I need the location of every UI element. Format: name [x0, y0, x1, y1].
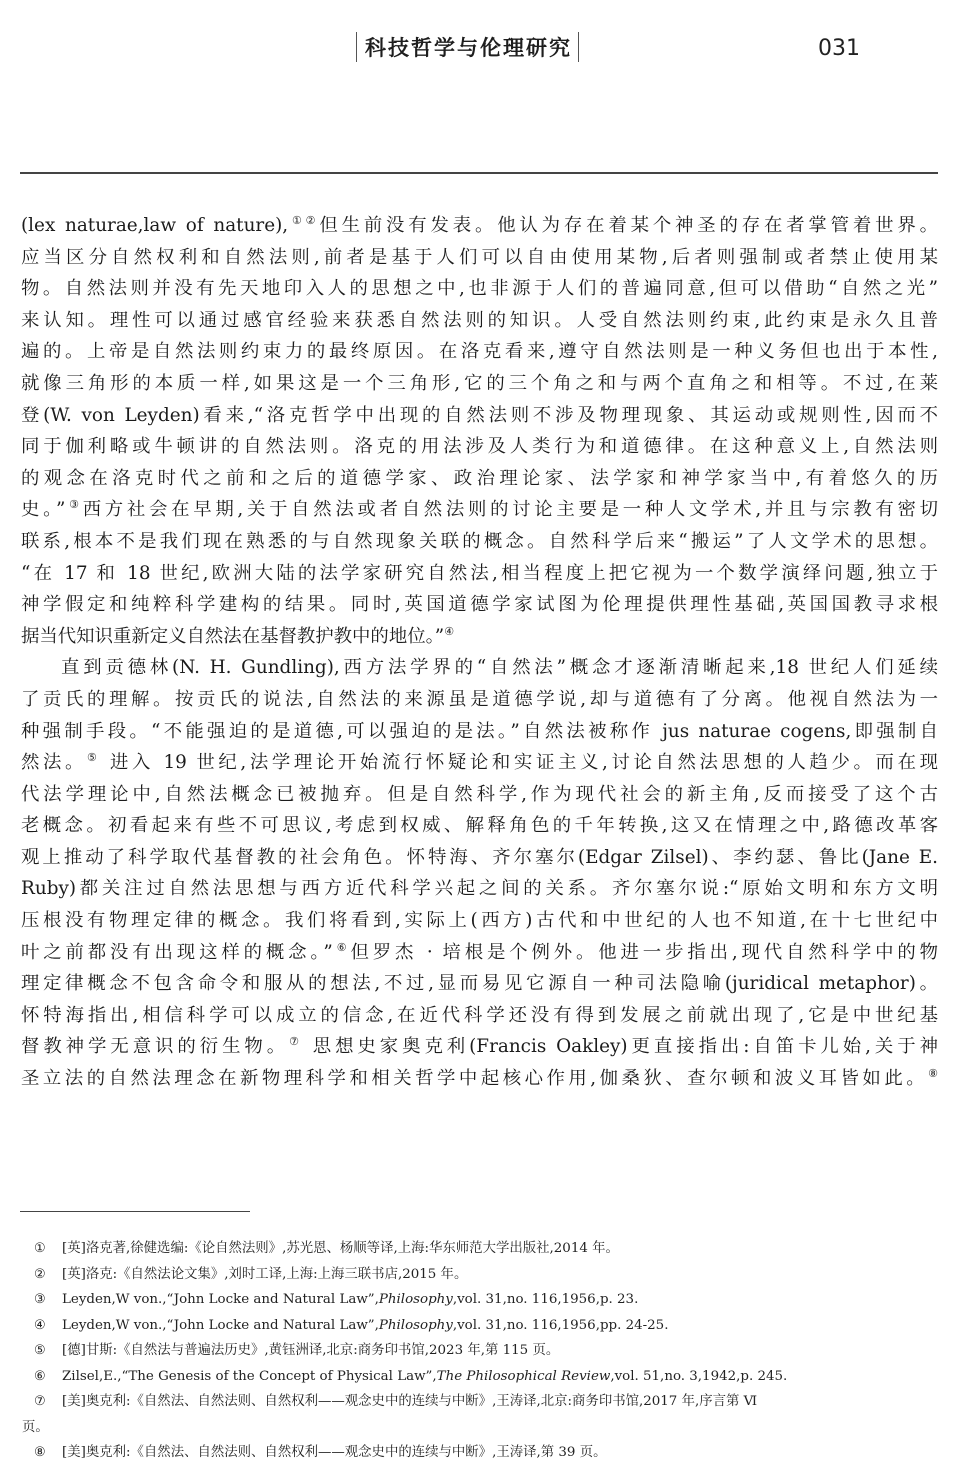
footnote-number: ⑦ [34, 1389, 62, 1415]
journal-name: Philosophy [379, 1318, 453, 1333]
text-span: 圣立法的自然法理念在新物理科学和相关哲学中起核心作用,伽桑狄、查尔顿和波义耳皆如… [21, 1068, 928, 1089]
text-line: 应当区分自然权利和自然法则,前者是基于人们可以自由使用某物,后者则强制或者禁止使… [21, 242, 938, 274]
text-line: 圣立法的自然法理念在新物理科学和相关哲学中起核心作用,伽桑狄、查尔顿和波义耳皆如… [21, 1063, 938, 1095]
text-span: 西方社会在早期,关于自然法或者自然法则的讨论主要是一种人文学术,并且与宗教有密切 [83, 499, 938, 520]
text-line: 叶之前都没有出现这样的概念。”⑥但罗杰 · 培根是个例外。他进一步指出,现代自然… [21, 937, 938, 969]
footnote-number: ② [34, 1262, 62, 1288]
text-line: 督教神学无意识的衍生物。⑦ 思想史家奥克利(Francis Oakley)更直接… [21, 1031, 938, 1063]
text-line: 直到贡德林(N. H. Gundling),西方法学界的“自然法”概念才逐渐清晰… [21, 652, 938, 684]
text-line: 来认知。理性可以通过感官经验来获悉自然法则的知识。人受自然法则约束,此约束是永久… [21, 305, 938, 337]
page-number: 031 [818, 36, 860, 61]
text-span: 然法。 [21, 752, 87, 773]
footnote-ref-6[interactable]: ⑥ [333, 941, 351, 954]
text-line: 种强制手段。“不能强迫的是道德,可以强迫的是法。”自然法被称作 jus natu… [21, 716, 938, 748]
footnote-text: [美]奥克利:《自然法、自然法则、自然权利——观念史中的连续与中断》,王涛译,北… [62, 1394, 757, 1409]
text-line: 据当代知识重新定义自然法在基督教护教中的地位。”④ [21, 621, 938, 653]
footnote-text: Leyden,W von.,“John Locke and Natural La… [62, 1292, 379, 1307]
footnote-number: ⑤ [34, 1338, 62, 1364]
journal-name: The Philosophical Review [437, 1369, 611, 1384]
footnote-separator [20, 1211, 250, 1212]
paragraph-1: (lex naturae,law of nature),①②但生前没有发表。他认… [21, 210, 938, 652]
footnote-3: ③Leyden,W von.,“John Locke and Natural L… [0, 1287, 958, 1313]
footnote-text: ,vol. 31,no. 116,1956,pp. 24-25. [453, 1318, 669, 1333]
text-line: 老概念。初看起来有些不可思议,考虑到权威、解释角色的千年转换,这又在情理之中,路… [21, 810, 938, 842]
footnote-number: ⑥ [34, 1364, 62, 1390]
footnote-2: ②[英]洛克:《自然法论文集》,刘时工译,上海:上海三联书店,2015 年。 [0, 1262, 958, 1288]
header-divider-right [578, 32, 579, 62]
text-span: 督教神学无意识的衍生物。 [21, 1036, 289, 1057]
text-span: 史。” [21, 499, 65, 520]
footnote-number: ④ [34, 1313, 62, 1339]
footnote-7-continuation: 页。 [0, 1415, 958, 1441]
text-line: 遍的。上帝是自然法则约束力的最终原因。在洛克看来,遵守自然法则是一种义务但也出于… [21, 336, 938, 368]
text-line: “在 17 和 18 世纪,欧洲大陆的法学家研究自然法,相当程度上把它视为一个数… [21, 558, 938, 590]
text-line: 压根没有物理定律的概念。我们将看到,实际上(西方)古代和中世纪的人也不知道,在十… [21, 905, 938, 937]
text-span: (lex naturae,law of nature), [21, 215, 288, 236]
footnote-ref-1-2[interactable]: ①② [288, 214, 319, 227]
paragraph-2: 直到贡德林(N. H. Gundling),西方法学界的“自然法”概念才逐渐清晰… [21, 652, 938, 1094]
footnote-text: [英]洛克:《自然法论文集》,刘时工译,上海:上海三联书店,2015 年。 [62, 1267, 467, 1282]
footnote-ref-8[interactable]: ⑧ [928, 1067, 938, 1080]
text-line: 了贡氏的理解。按贡氏的说法,自然法的来源虽是道德学说,却与道德有了分离。他视自然… [21, 684, 938, 716]
text-line: Ruby)都关注过自然法思想与西方近代科学兴起之间的关系。齐尔塞尔说:“原始文明… [21, 873, 938, 905]
text-span: 思想史家奥克利(Francis Oakley)更直接指出:自笛卡儿始,关于神 [303, 1036, 938, 1057]
text-line: 观上推动了科学取代基督教的社会角色。怀特海、齐尔塞尔(Edgar Zilsel)… [21, 842, 938, 874]
footnote-ref-4[interactable]: ④ [444, 625, 454, 638]
journal-name: Philosophy [379, 1292, 453, 1307]
text-line: 史。”③西方社会在早期,关于自然法或者自然法则的讨论主要是一种人文学术,并且与宗… [21, 494, 938, 526]
header-rule [20, 172, 938, 174]
footnote-text: ,vol. 31,no. 116,1956,p. 23. [453, 1292, 638, 1307]
footnote-7: ⑦[美]奥克利:《自然法、自然法则、自然权利——观念史中的连续与中断》,王涛译,… [0, 1389, 958, 1415]
footnote-5: ⑤[德]甘斯:《自然法与普遍法历史》,黄钰洲译,北京:商务印书馆,2023 年,… [0, 1338, 958, 1364]
text-line: (lex naturae,law of nature),①②但生前没有发表。他认… [21, 210, 938, 242]
footnote-number: ① [34, 1236, 62, 1262]
footnotes: ①[英]洛克著,徐健选编:《论自然法则》,苏光恩、杨顺等译,上海:华东师范大学出… [0, 1236, 958, 1466]
text-span: 进入 19 世纪,法学理论开始流行怀疑论和实证主义,讨论自然法思想的人趋少。而在… [101, 752, 938, 773]
footnote-1: ①[英]洛克著,徐健选编:《论自然法则》,苏光恩、杨顺等译,上海:华东师范大学出… [0, 1236, 958, 1262]
footnote-text: [美]奥克利:《自然法、自然法则、自然权利——观念史中的连续与中断》,王涛译,第… [62, 1445, 606, 1460]
footnote-6: ⑥Zilsel,E.,“The Genesis of the Concept o… [0, 1364, 958, 1390]
text-line: 理定律概念不包含命令和服从的想法,不过,显而易见它源自一种司法隐喻(juridi… [21, 968, 938, 1000]
text-line: 联系,根本不是我们现在熟悉的与自然现象关联的概念。自然科学后来“搬运”了人文学术… [21, 526, 938, 558]
footnote-ref-3[interactable]: ③ [65, 498, 82, 511]
text-line: 物。自然法则并没有先天地印入人的思想之中,也非源于人们的普遍同意,但可以借助“自… [21, 273, 938, 305]
text-span: 据当代知识重新定义自然法在基督教护教中的地位。” [21, 626, 444, 647]
footnote-text: Zilsel,E.,“The Genesis of the Concept of… [62, 1369, 437, 1384]
text-line: 登(W. von Leyden)看来,“洛克哲学中出现的自然法则不涉及物理现象、… [21, 400, 938, 432]
footnote-number: ⑧ [34, 1440, 62, 1466]
text-span: 但生前没有发表。他认为存在着某个神圣的存在者掌管着世界。 [319, 215, 938, 236]
footnote-ref-5[interactable]: ⑤ [87, 751, 100, 764]
text-line: 就像三角形的本质一样,如果这是一个三角形,它的三个角之和与两个直角之和相等。不过… [21, 368, 938, 400]
text-line: 怀特海指出,相信科学可以成立的信念,在近代科学还没有得到发展之前就出现了,它是中… [21, 1000, 938, 1032]
footnote-text: ,vol. 51,no. 3,1942,p. 245. [610, 1369, 787, 1384]
footnote-text: [德]甘斯:《自然法与普遍法历史》,黄钰洲译,北京:商务印书馆,2023 年,第… [62, 1343, 559, 1358]
footnote-number: ③ [34, 1287, 62, 1313]
text-line: 代法学理论中,自然法概念已被抛弃。但是自然科学,作为现代社会的新主角,反而接受了… [21, 779, 938, 811]
footnote-ref-7[interactable]: ⑦ [289, 1035, 303, 1048]
text-line: 然法。⑤ 进入 19 世纪,法学理论开始流行怀疑论和实证主义,讨论自然法思想的人… [21, 747, 938, 779]
text-span: 叶之前都没有出现这样的概念。” [21, 942, 333, 963]
journal-section-title: 科技哲学与伦理研究 [357, 32, 578, 62]
body-text: (lex naturae,law of nature),①②但生前没有发表。他认… [21, 210, 938, 1095]
footnote-text: [英]洛克著,徐健选编:《论自然法则》,苏光恩、杨顺等译,上海:华东师范大学出版… [62, 1241, 619, 1256]
text-span: 但罗杰 · 培根是个例外。他进一步指出,现代自然科学中的物 [350, 942, 938, 963]
footnote-text: Leyden,W von.,“John Locke and Natural La… [62, 1318, 379, 1333]
text-line: 同于伽利略或牛顿讲的自然法则。洛克的用法涉及人类行为和道德律。在这种意义上,自然… [21, 431, 938, 463]
running-header: 科技哲学与伦理研究 [356, 30, 579, 64]
text-line: 神学假定和纯粹科学建构的结果。同时,英国道德学家试图为伦理提供理性基础,英国国教… [21, 589, 938, 621]
text-line: 的观念在洛克时代之前和之后的道德学家、政治理论家、法学家和神学家当中,有着悠久的… [21, 463, 938, 495]
footnote-8: ⑧[美]奥克利:《自然法、自然法则、自然权利——观念史中的连续与中断》,王涛译,… [0, 1440, 958, 1466]
footnote-4: ④Leyden,W von.,“John Locke and Natural L… [0, 1313, 958, 1339]
